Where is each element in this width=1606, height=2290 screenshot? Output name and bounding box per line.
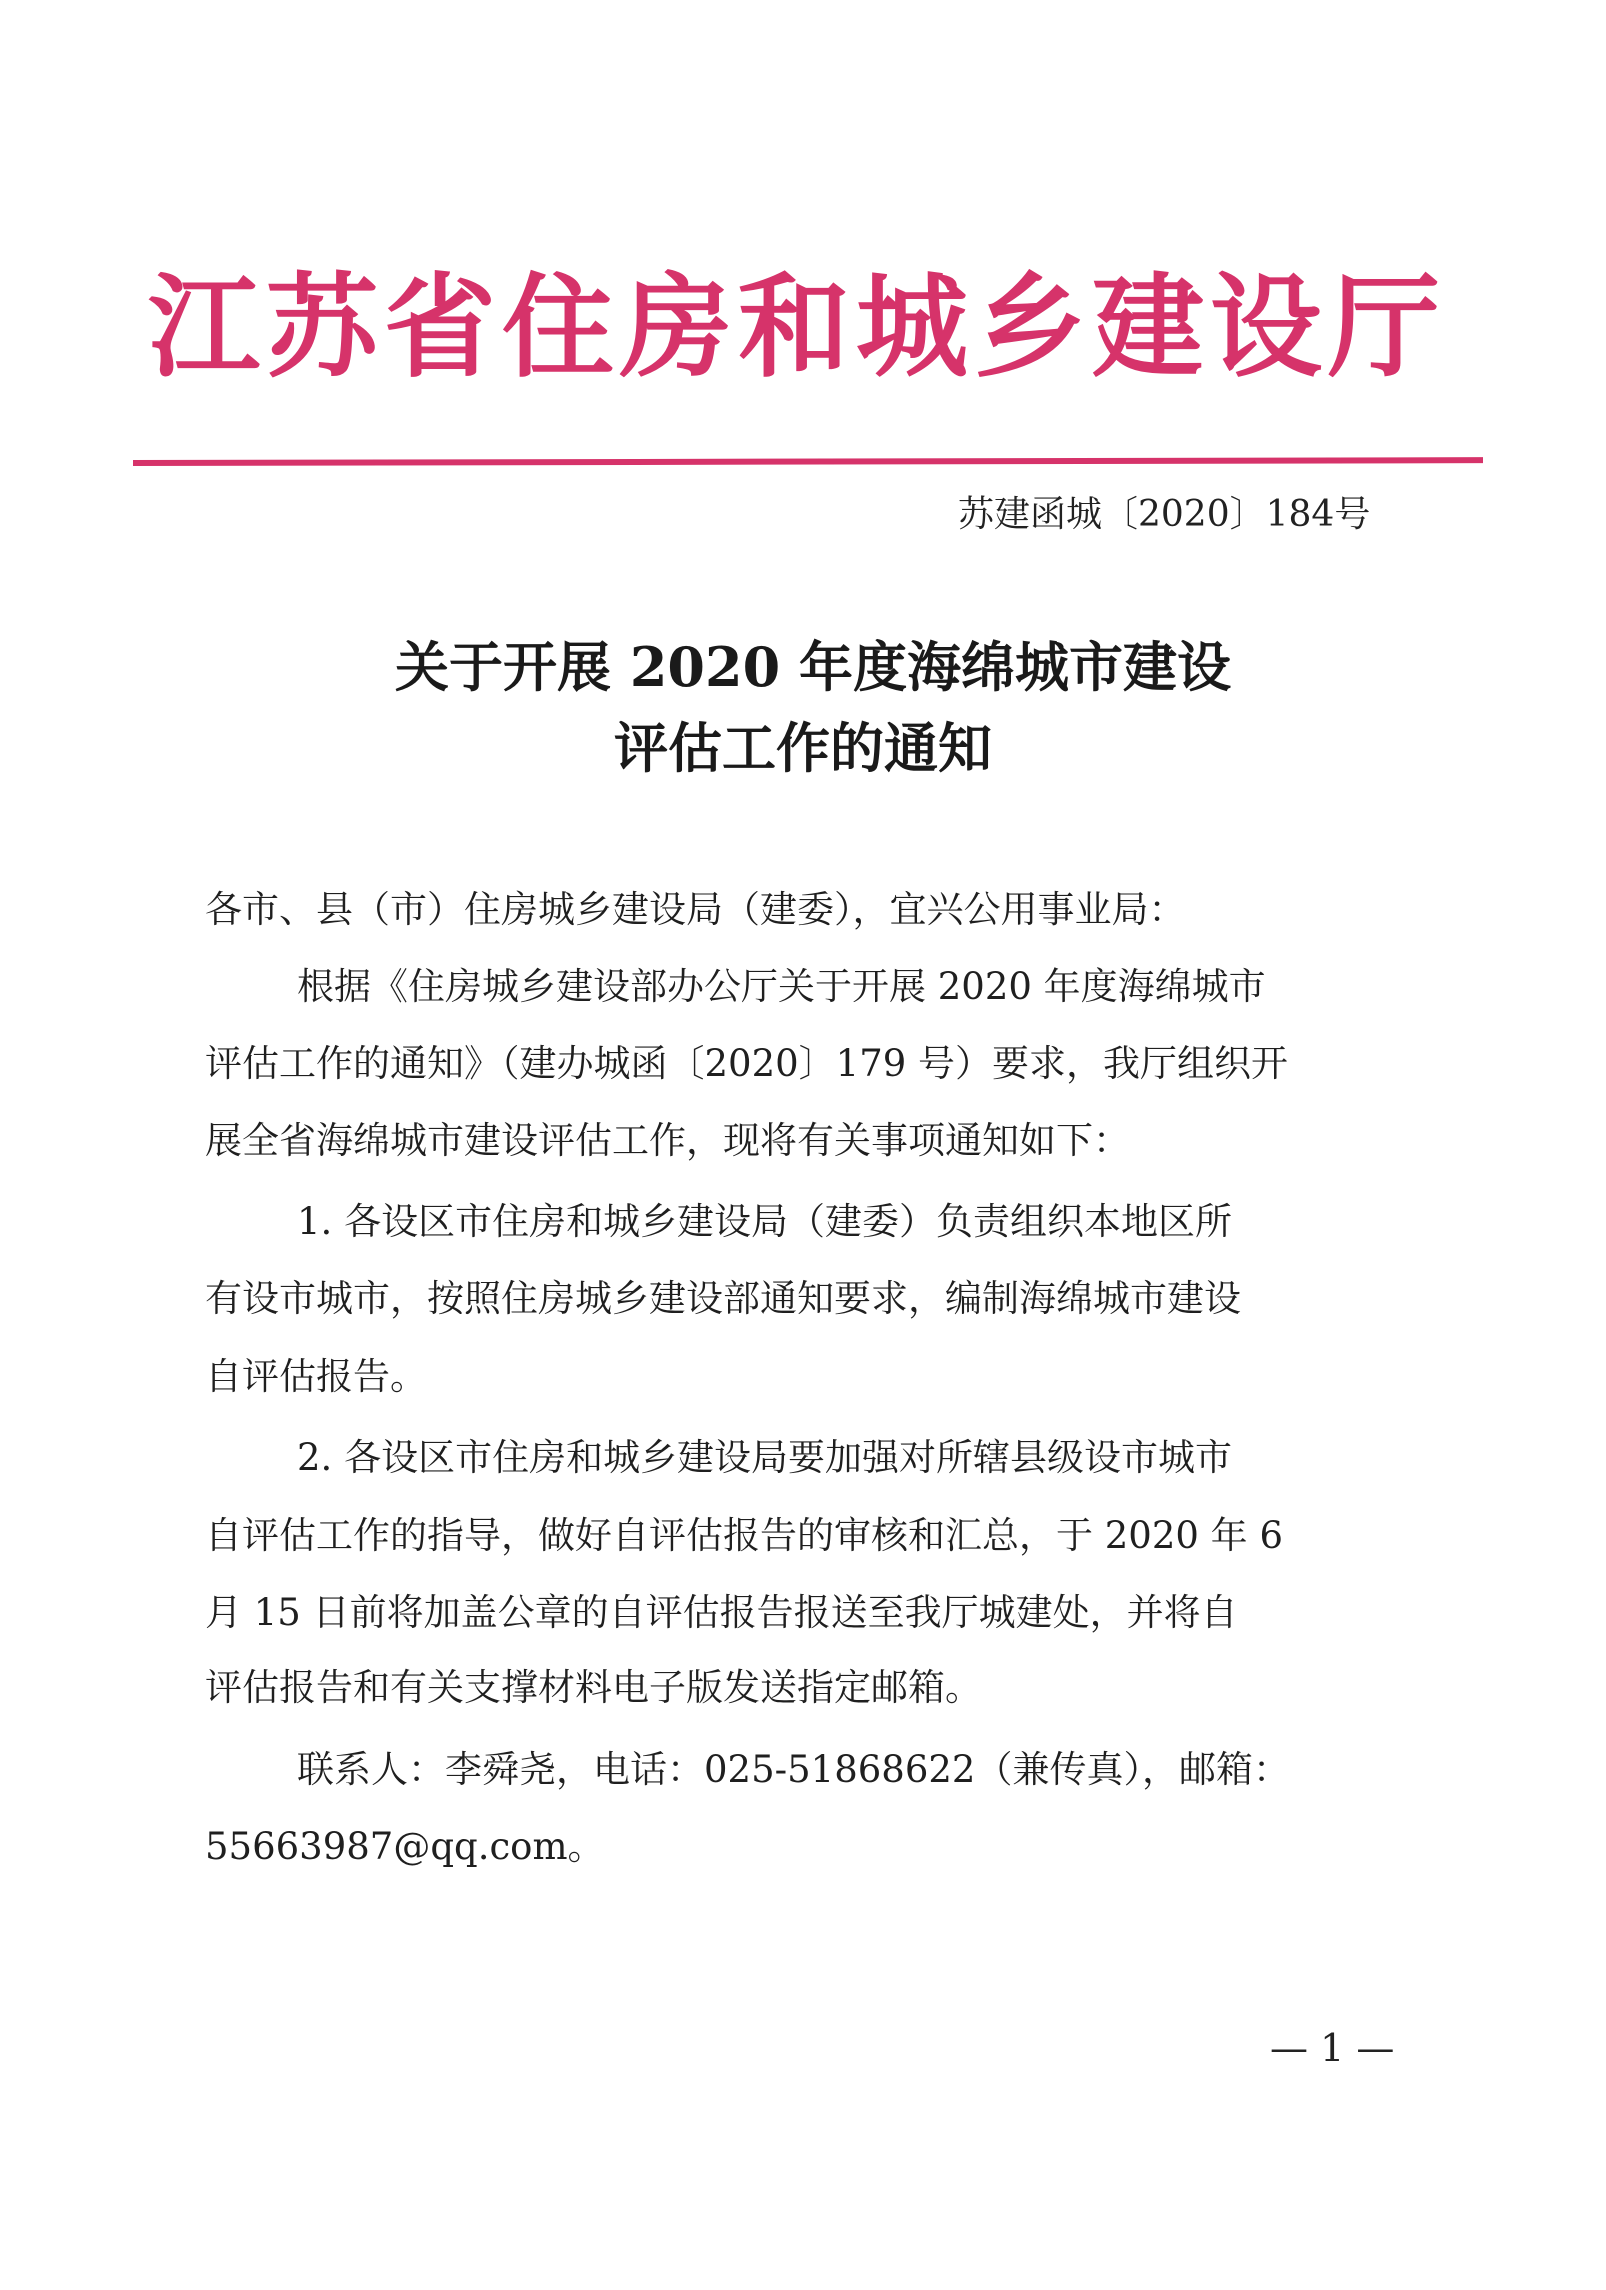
item-2-line: 月 15 日前将加盖公章的自评估报告报送至我厅城建处，并将自 <box>205 1574 1238 1651</box>
salutation: 各市、县（市）住房城乡建设局（建委），宜兴公用事业局： <box>205 871 1186 948</box>
document-body: 各市、县（市）住房城乡建设局（建委），宜兴公用事业局： 根据《住房城乡建设部办公… <box>205 871 1427 1881</box>
contact-line: 联系人：李舜尧，电话：025-51868622（兼传真），邮箱： <box>297 1731 1290 1808</box>
item-1-line: 1. 各设区市住房和城乡建设局（建委）负责组织本地区所 <box>297 1183 1232 1260</box>
item-2-line: 自评估工作的指导，做好自评估报告的审核和汇总，于 2020 年 6 <box>205 1497 1283 1574</box>
page-number: — 1 — <box>1270 2024 1394 2072</box>
document-title-line-1: 关于开展 2020 年度海绵城市建设 <box>0 632 1606 702</box>
body-line: 评估工作的通知》（建办城函〔2020〕179 号）要求，我厅组织开 <box>205 1025 1288 1102</box>
red-divider-line <box>133 457 1483 466</box>
document-number: 苏建函城〔2020〕184号 <box>958 492 1370 538</box>
document-title-line-2: 评估工作的通知 <box>0 713 1606 783</box>
item-2-line: 2. 各设区市住房和城乡建设局要加强对所辖县级设市城市 <box>297 1419 1232 1496</box>
item-2-line: 评估报告和有关支撑材料电子版发送指定邮箱。 <box>205 1649 982 1726</box>
item-1-line: 自评估报告。 <box>205 1338 427 1415</box>
body-line: 根据《住房城乡建设部办公厅关于开展 2020 年度海绵城市 <box>297 948 1266 1025</box>
item-1-line: 有设市城市，按照住房城乡建设部通知要求，编制海绵城市建设 <box>205 1260 1241 1337</box>
agency-name-header: 江苏省住房和城乡建设厅 <box>148 258 1468 398</box>
contact-email: 55663987@qq.com。 <box>205 1808 605 1885</box>
body-line: 展全省海绵城市建设评估工作，现将有关事项通知如下： <box>205 1102 1130 1179</box>
